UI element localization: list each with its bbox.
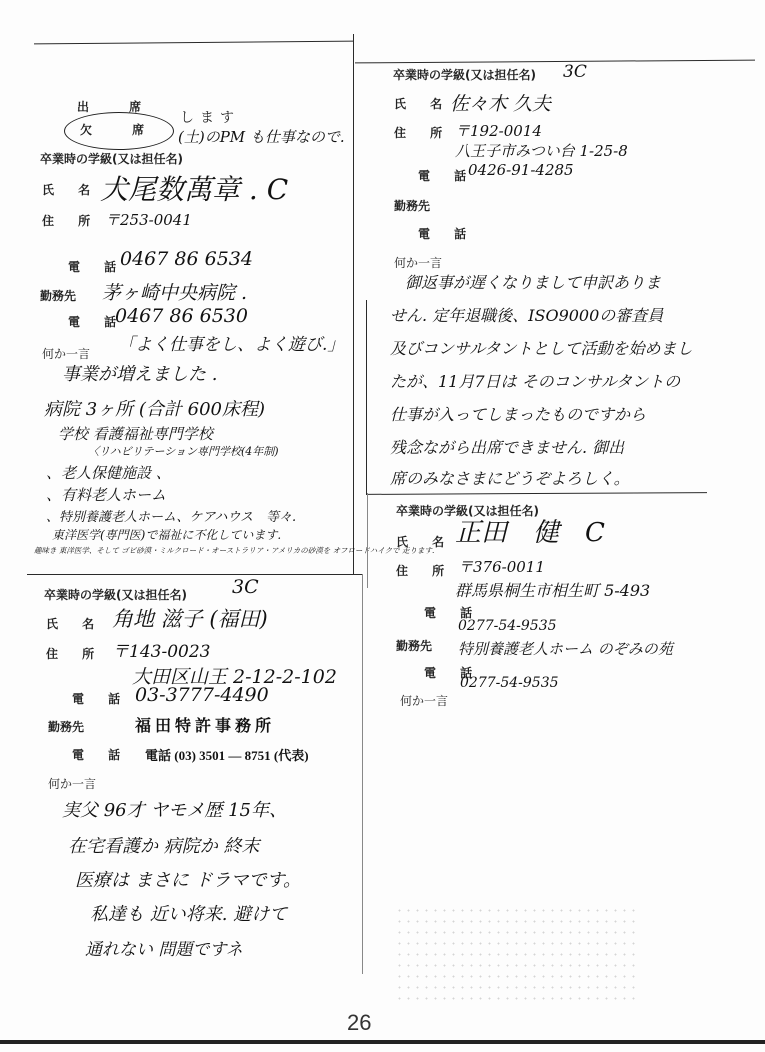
work-phone-label: 電 話: [72, 746, 130, 763]
workplace-value: 福 田 特 許 事 務 所: [135, 713, 271, 736]
scan-edge: [0, 1040, 765, 1044]
work-phone-value: 0277-54-9535: [460, 675, 559, 691]
comment-line: 残念ながら出席できません. 御出: [390, 435, 624, 458]
name-label: 氏 名: [394, 95, 452, 112]
attendance-note: (土)のPM も仕事なので.: [178, 126, 345, 147]
name-label: 氏 名: [42, 181, 100, 198]
phone-label: 電 話: [68, 258, 126, 275]
postal-value: 〒192-0014: [455, 120, 542, 141]
work-phone-label: 電 話: [418, 225, 476, 242]
comment-line: 実父 96才 ヤモメ歴 15年、: [62, 796, 287, 822]
class-label: 卒業時の学級(又は担任名): [40, 150, 183, 167]
comment-line: 学校 看護福祉専門学校: [58, 423, 213, 444]
comment-label: 何か一言: [400, 692, 448, 709]
class-value: 3C: [232, 576, 259, 598]
workplace-value: 茅ヶ崎中央病院 .: [102, 278, 247, 305]
comment-line: 「よく仕事をし、よく遊び.」: [118, 330, 344, 355]
card-border-left: [366, 300, 367, 495]
scan-noise: [395, 905, 635, 1000]
comment-line: 、有料老人ホーム: [46, 484, 166, 505]
postal-value: 〒376-0011: [458, 556, 545, 577]
address-value: 八王子市みつい台 1-25-8: [455, 140, 628, 161]
address-label: 住 所: [42, 212, 100, 229]
card-border-right: [353, 34, 354, 574]
card-border-bottom: [367, 492, 707, 495]
address-label: 住 所: [46, 645, 104, 662]
address-label: 住 所: [394, 124, 452, 141]
postal-value: 〒253-0041: [105, 209, 192, 230]
comment-line: 趣味き 東洋医学、そして ゴビ砂漠・ミルクロード・オーストラリア・アメリカの砂漠…: [34, 545, 434, 556]
comment-line: 在宅看護か 病院か 終末: [68, 832, 259, 858]
name-label: 氏 名: [396, 533, 454, 550]
workplace-label: 勤務先: [394, 197, 430, 214]
work-phone-value: 0467 86 6530: [115, 305, 248, 327]
will-label: します: [180, 107, 240, 127]
comment-line: 私達も 近い将来. 避けて: [90, 900, 287, 926]
card-border-top: [34, 41, 354, 45]
postal-value: 〒143-0023: [112, 637, 210, 662]
class-label: 卒業時の学級(又は担任名): [44, 586, 187, 603]
comment-line: 〈リハビリテーション専門学校(4年制): [88, 443, 279, 459]
address-label: 住 所: [396, 562, 454, 579]
comment-line: 医療は まさに ドラマです。: [75, 866, 301, 892]
name-value: 佐々木 久夫: [450, 89, 551, 116]
card-border-left: [367, 493, 368, 588]
absent-label: 欠 席: [80, 121, 162, 138]
workplace-label: 勤務先: [40, 287, 76, 304]
work-phone-value: 電話 (03) 3501 — 8751 (代表): [145, 745, 309, 764]
workplace-label: 勤務先: [48, 718, 84, 735]
comment-line: 通れない 問題ですネ: [85, 935, 243, 960]
phone-label: 電 話: [72, 690, 130, 707]
comment-line: 御返事が遅くなりまして申訳ありま: [405, 270, 661, 293]
class-value: 3C: [563, 62, 587, 82]
card-border-right: [362, 574, 363, 974]
phone-value: 0277-54-9535: [458, 618, 557, 634]
workplace-label: 勤務先: [396, 637, 432, 654]
phone-value: 03-3777-4490: [135, 684, 269, 706]
comment-line: 、老人保健施設 、: [46, 462, 171, 483]
name-value: 正田 健 C: [455, 512, 605, 549]
address-value: 群馬県桐生市相生町 5-493: [455, 578, 650, 601]
comment-line: 事業が増えました .: [62, 360, 217, 386]
card-border-top: [355, 60, 755, 64]
name-value: 犬尾数萬章 . C: [100, 168, 288, 208]
card-border-top: [27, 574, 363, 575]
comment-line: 及びコンサルタントとして活動を始めまし: [390, 336, 693, 359]
name-label: 氏 名: [46, 615, 104, 632]
workplace-value: 特別養護老人ホーム のぞみの苑: [458, 638, 673, 659]
class-label: 卒業時の学級(又は担任名): [393, 66, 536, 83]
comment-line: たが、11月7日は そのコンサルタントの: [390, 369, 680, 392]
phone-value: 0426-91-4285: [468, 161, 574, 179]
phone-value: 0467 86 6534: [120, 248, 253, 270]
comment-line: せん. 定年退職後、ISO9000の審査員: [390, 303, 663, 326]
page-number: 26: [347, 1010, 371, 1036]
comment-line: 、特別養護老人ホーム、ケアハウス 等々.: [46, 506, 296, 525]
comment-label: 何か一言: [394, 254, 442, 271]
comment-line: 病院 3ヶ所 (合計 600床程): [44, 395, 265, 421]
comment-label: 何か一言: [48, 775, 96, 792]
comment-line: 席のみなさまにどうぞよろしく。: [390, 466, 630, 489]
comment-line: 東洋医学(専門医)で福祉に不化しています.: [52, 526, 281, 543]
name-value: 角地 滋子 (福田): [112, 603, 268, 633]
comment-line: 仕事が入ってしまったものですから: [390, 402, 646, 425]
